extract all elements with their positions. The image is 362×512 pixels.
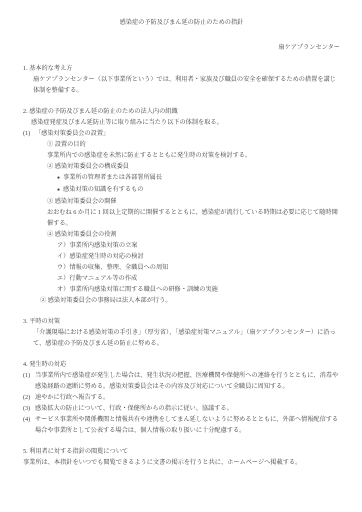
section-heading: 1. 基本的な考え方	[23, 63, 340, 74]
section-guideline-access: 5. 利用者に対する指針の閲覧について 事業所は、本指針をいつでも閲覧できるよう…	[23, 446, 340, 468]
paragraph: 扇ケアプランセンター（以下事業所という）では、利用者・家族及び職員の安全を確保す…	[33, 74, 340, 96]
item-text: サービス事業所や関係機関と情報共有や連携をしてまん延しないように努めるとともに、…	[35, 414, 340, 436]
item-text: 「感染対策委員会の設置」	[35, 128, 340, 139]
item-number: (2)	[23, 392, 35, 403]
organization-name: 扇ケアプランセンター	[23, 42, 340, 53]
katakana-list-item: ア）事業所内感染対策の立案	[57, 240, 340, 251]
numbered-item: (3) 感染拡大の防止について、行政・保健所からの指示に従い、協議する。	[23, 403, 340, 414]
circled-item: ② 感染対策委員会の事務局は法人本部が行う。	[40, 295, 340, 306]
katakana-list-item: イ）感染症発生時の対応の検討	[57, 251, 340, 262]
item-text: 感染対策の知識を有するもの	[63, 186, 143, 193]
document-page: 感染症の予防及びまん延の防止のための指針 扇ケアプランセンター 1. 基本的な考…	[0, 0, 362, 512]
paragraph: 感染症発症及びまん延防止等に取り組みに当たり以下の体制を取る。	[31, 117, 340, 128]
bullet-icon: ●	[57, 188, 60, 193]
item-number: (3)	[23, 403, 35, 414]
item-number: ②	[40, 297, 46, 304]
document-title: 感染症の予防及びまん延の防止のための指針	[23, 17, 340, 28]
item-text: 設置の目的	[55, 141, 86, 148]
katakana-list-item: ウ）情報の収集、整理、全職員への周知	[57, 262, 340, 273]
numbered-item: (1) 「感染対策委員会の設置」	[23, 128, 340, 139]
numbered-item: (2) 速やかに行政へ報告する。	[23, 392, 340, 403]
item-number: ②	[47, 163, 53, 170]
circled-item: ④ 感染対策委員会の役割	[47, 229, 340, 240]
section-heading: 3. 平時の対策	[23, 316, 340, 327]
circled-item: ② 感染対策委員会の構成委員	[47, 161, 340, 172]
katakana-list-item: オ）事業所内感染対策に関する職員への研修・訓練の実施	[57, 284, 340, 295]
item-text: 事業所の管理者または各部署所属長	[63, 174, 162, 181]
section-heading: 2. 感染症の予防及びまん延の防止のための法人内の組織	[23, 106, 340, 117]
item-number: (1)	[23, 370, 35, 392]
item-text: 感染対策委員会の構成委員	[55, 163, 129, 170]
item-text: 感染対策委員会の役割	[55, 231, 117, 238]
item-number: ③	[47, 198, 53, 205]
item-text: 速やかに行政へ報告する。	[35, 392, 340, 403]
paragraph: 事業所内での感染症を未然に防止するとともに発生時の対策を検討する。	[47, 150, 340, 161]
item-number: (4)	[23, 414, 35, 436]
numbered-item: (4) サービス事業所や関係機関と情報共有や連携をしてまん延しないように努めると…	[23, 414, 340, 436]
paragraph: おおむね 6 か月に 1 回以上定期的に開催するとともに、感染症が流行している時…	[47, 207, 340, 229]
item-text: 感染対策委員会の開催	[55, 198, 117, 205]
numbered-item: (1) 当事業所内で感染症が発生した場合は、発生状況の把握、医療機関や保健所への…	[23, 370, 340, 392]
bullet-icon: ●	[57, 176, 60, 181]
item-number: (1)	[23, 128, 35, 139]
section-outbreak-response: 4. 発生時の対応 (1) 当事業所内で感染症が発生した場合は、発生状況の把握、…	[23, 359, 340, 436]
bullet-list-item: ●事業所の管理者または各部署所属長	[57, 172, 340, 184]
bullet-list-item: ●感染対策の知識を有するもの	[57, 184, 340, 196]
paragraph: 事業所は、本指針をいつでも閲覧できるように文書の掲示を行うと共に、ホームページへ…	[23, 457, 340, 468]
item-number: ①	[47, 141, 53, 148]
katakana-list-item: エ）行動マニュアル等の作成	[57, 273, 340, 284]
item-text: 当事業所内で感染症が発生した場合は、発生状況の把握、医療機関や保健所への連絡を行…	[35, 370, 340, 392]
section-heading: 5. 利用者に対する指針の閲覧について	[23, 446, 340, 457]
section-routine-measures: 3. 平時の対策 「介護現場における感染対策の手引き」（厚労省）、「感染症対策マ…	[23, 316, 340, 349]
circled-item: ① 設置の目的	[47, 139, 340, 150]
paragraph: 「介護現場における感染対策の手引き」（厚労省）、「感染症対策マニュアル」（扇ケア…	[33, 327, 340, 349]
item-text: 感染拡大の防止について、行政・保健所からの指示に従い、協議する。	[35, 403, 340, 414]
item-text: 感染対策委員会の事務局は法人本部が行う。	[48, 297, 172, 304]
circled-item: ③ 感染対策委員会の開催	[47, 196, 340, 207]
section-basic-policy: 1. 基本的な考え方 扇ケアプランセンター（以下事業所という）では、利用者・家族…	[23, 63, 340, 96]
item-number: ④	[47, 231, 53, 238]
section-organization: 2. 感染症の予防及びまん延の防止のための法人内の組織 感染症発症及びまん延防止…	[23, 106, 340, 306]
section-heading: 4. 発生時の対応	[23, 359, 340, 370]
